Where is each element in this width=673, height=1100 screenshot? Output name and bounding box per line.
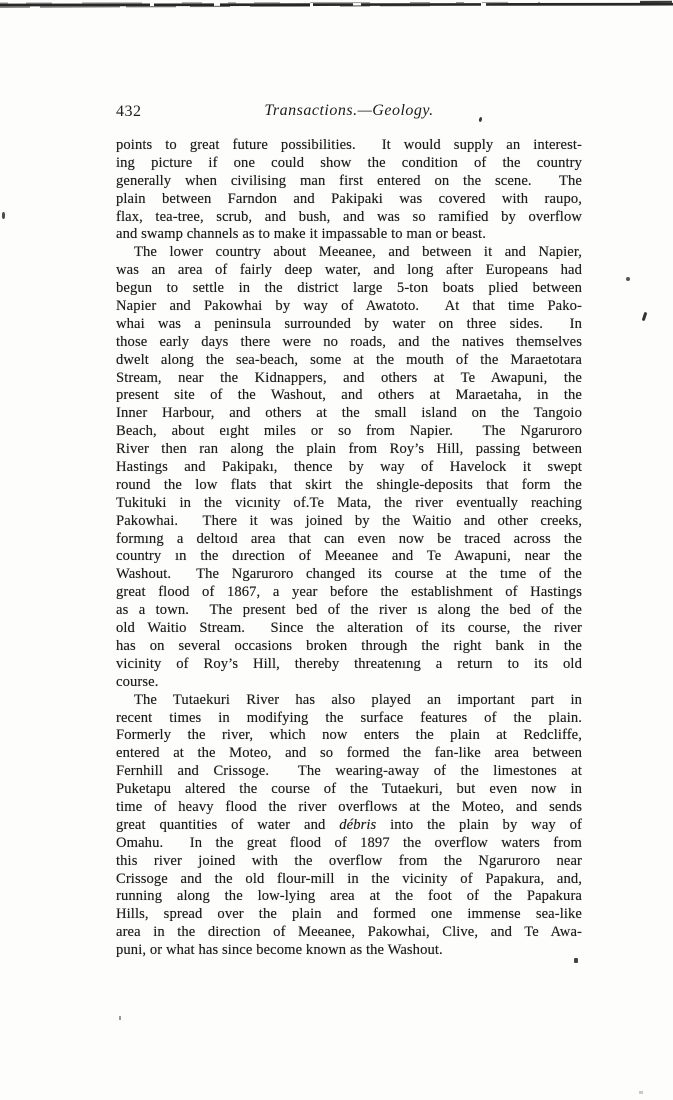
text-line: vicinity of Roy’s Hill, thereby threaten… [116, 656, 582, 674]
ink-speck [642, 312, 648, 321]
text-line: Crissoge and the old flour-mill in the v… [116, 871, 582, 889]
text-line: Pakowhai. There it was joined by the Wai… [116, 513, 582, 531]
text-line: whai was a peninsula surrounded by water… [116, 316, 582, 334]
text-line: has on several occasions broken through … [116, 638, 582, 656]
text-line: flax, tea-tree, scrub, and bush, and was… [116, 209, 582, 227]
paragraph: The Tutaekuri River has also played an i… [116, 692, 582, 960]
page-header: 432 Transactions.—Geology. [116, 102, 582, 124]
paragraph: The lower country about Meeanee, and bet… [116, 244, 582, 691]
text-line: old Waitio Stream. Since the alteration … [116, 620, 582, 638]
text-line: present site of the Washout, and others … [116, 387, 582, 405]
text-line: time of heavy flood the river overflows … [116, 799, 582, 817]
italic-text-segment: débris [339, 817, 376, 833]
text-line: Puketapu altered the course of the Tutae… [116, 781, 582, 799]
text-line: dwelt along the sea-beach, some at the m… [116, 352, 582, 370]
text-line: Inner Harbour, and others at the small i… [116, 405, 582, 423]
text-line: Formerly the river, which now enters the… [116, 727, 582, 745]
ink-speck [639, 1091, 643, 1094]
text-line: course. [116, 674, 582, 692]
text-line: great quantities of water and débris int… [116, 817, 582, 835]
text-line: generally when civilising man first ente… [116, 173, 582, 191]
ink-speck [626, 277, 630, 281]
scan-edge-artifact [0, 0, 673, 26]
text-line: Washout. The Ngaruroro changed its cours… [116, 566, 582, 584]
text-line: country ın the dırection of Meeanee and … [116, 548, 582, 566]
text-line: recent times in modifying the surface fe… [116, 710, 582, 728]
text-line: Tukituki in the vicınity of.Te Mata, the… [116, 495, 582, 513]
text-line: great flood of 1867, a year before the e… [116, 584, 582, 602]
text-line: points to great future possibilities. It… [116, 137, 582, 155]
text-line: ing picture if one could show the condit… [116, 155, 582, 173]
page-body: points to great future possibilities. It… [116, 137, 582, 960]
text-line: Hastings and Pakipakı, thence by way of … [116, 459, 582, 477]
text-line: area in the direction of Meeanee, Pakowh… [116, 924, 582, 942]
text-line: this river joined with the overflow from… [116, 853, 582, 871]
text-line: round the low flats that skirt the shing… [116, 477, 582, 495]
ink-speck [2, 212, 5, 219]
text-line: those early days there were no roads, an… [116, 334, 582, 352]
text-line: Stream, near the Kidnappers, and others … [116, 370, 582, 388]
paragraph: points to great future possibilities. It… [116, 137, 582, 244]
text-line: Beach, about eıght miles or so from Napi… [116, 423, 582, 441]
text-line: Napier and Pakowhai by way of Awatoto. A… [116, 298, 582, 316]
text-line: Omahu. In the great flood of 1897 the ov… [116, 835, 582, 853]
text-line: plain between Farndon and Pakipaki was c… [116, 191, 582, 209]
text-line: and swamp channels as to make it impassa… [116, 226, 582, 244]
page-number: 432 [116, 103, 142, 121]
text-line: as a town. The present bed of the river … [116, 602, 582, 620]
text-line: The Tutaekuri River has also played an i… [116, 692, 582, 710]
text-line: was an area of fairly deep water, and lo… [116, 262, 582, 280]
text-segment: great quantities of water and [116, 817, 339, 833]
text-line: puni, or what has since become known as … [116, 942, 582, 960]
text-line: The lower country about Meeanee, and bet… [116, 244, 582, 262]
text-line: running along the low-lying area at the … [116, 888, 582, 906]
text-line: Hills, spread over the plain and formed … [116, 906, 582, 924]
text-line: entered at the Moteo, and so formed the … [116, 745, 582, 763]
running-title: Transactions.—Geology. [116, 102, 582, 120]
text-line: formıng a deltoıd area that can even now… [116, 531, 582, 549]
ink-speck [119, 1016, 121, 1020]
ink-speck [574, 958, 578, 963]
text-segment: into the plain by way of [376, 817, 582, 833]
text-line: begun to settle in the district large 5-… [116, 280, 582, 298]
text-line: River then ran along the plain from Roy’… [116, 441, 582, 459]
text-line: Fernhill and Crissoge. The wearing-away … [116, 763, 582, 781]
scan-page: 432 Transactions.—Geology. points to gre… [0, 0, 673, 1100]
